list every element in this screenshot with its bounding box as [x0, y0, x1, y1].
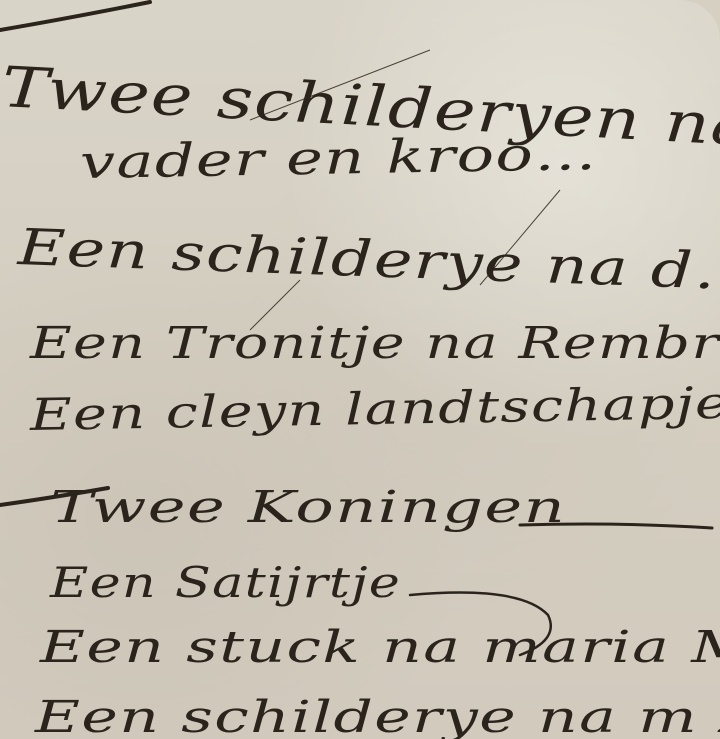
- margin-rule-top: [0, 2, 150, 30]
- manuscript-line-2: vader en kroo…: [80, 126, 598, 189]
- manuscript-line-6: Twee Koningen: [50, 482, 566, 533]
- manuscript-line-7: Een Satijrtje: [50, 558, 401, 607]
- manuscript-line-8: Een stuck na maria M…: [40, 622, 720, 673]
- manuscript-line-4: Een Tronitje na Rembr…: [30, 318, 720, 369]
- manuscript-line-9: Een schilderye na m Zo…: [35, 692, 720, 739]
